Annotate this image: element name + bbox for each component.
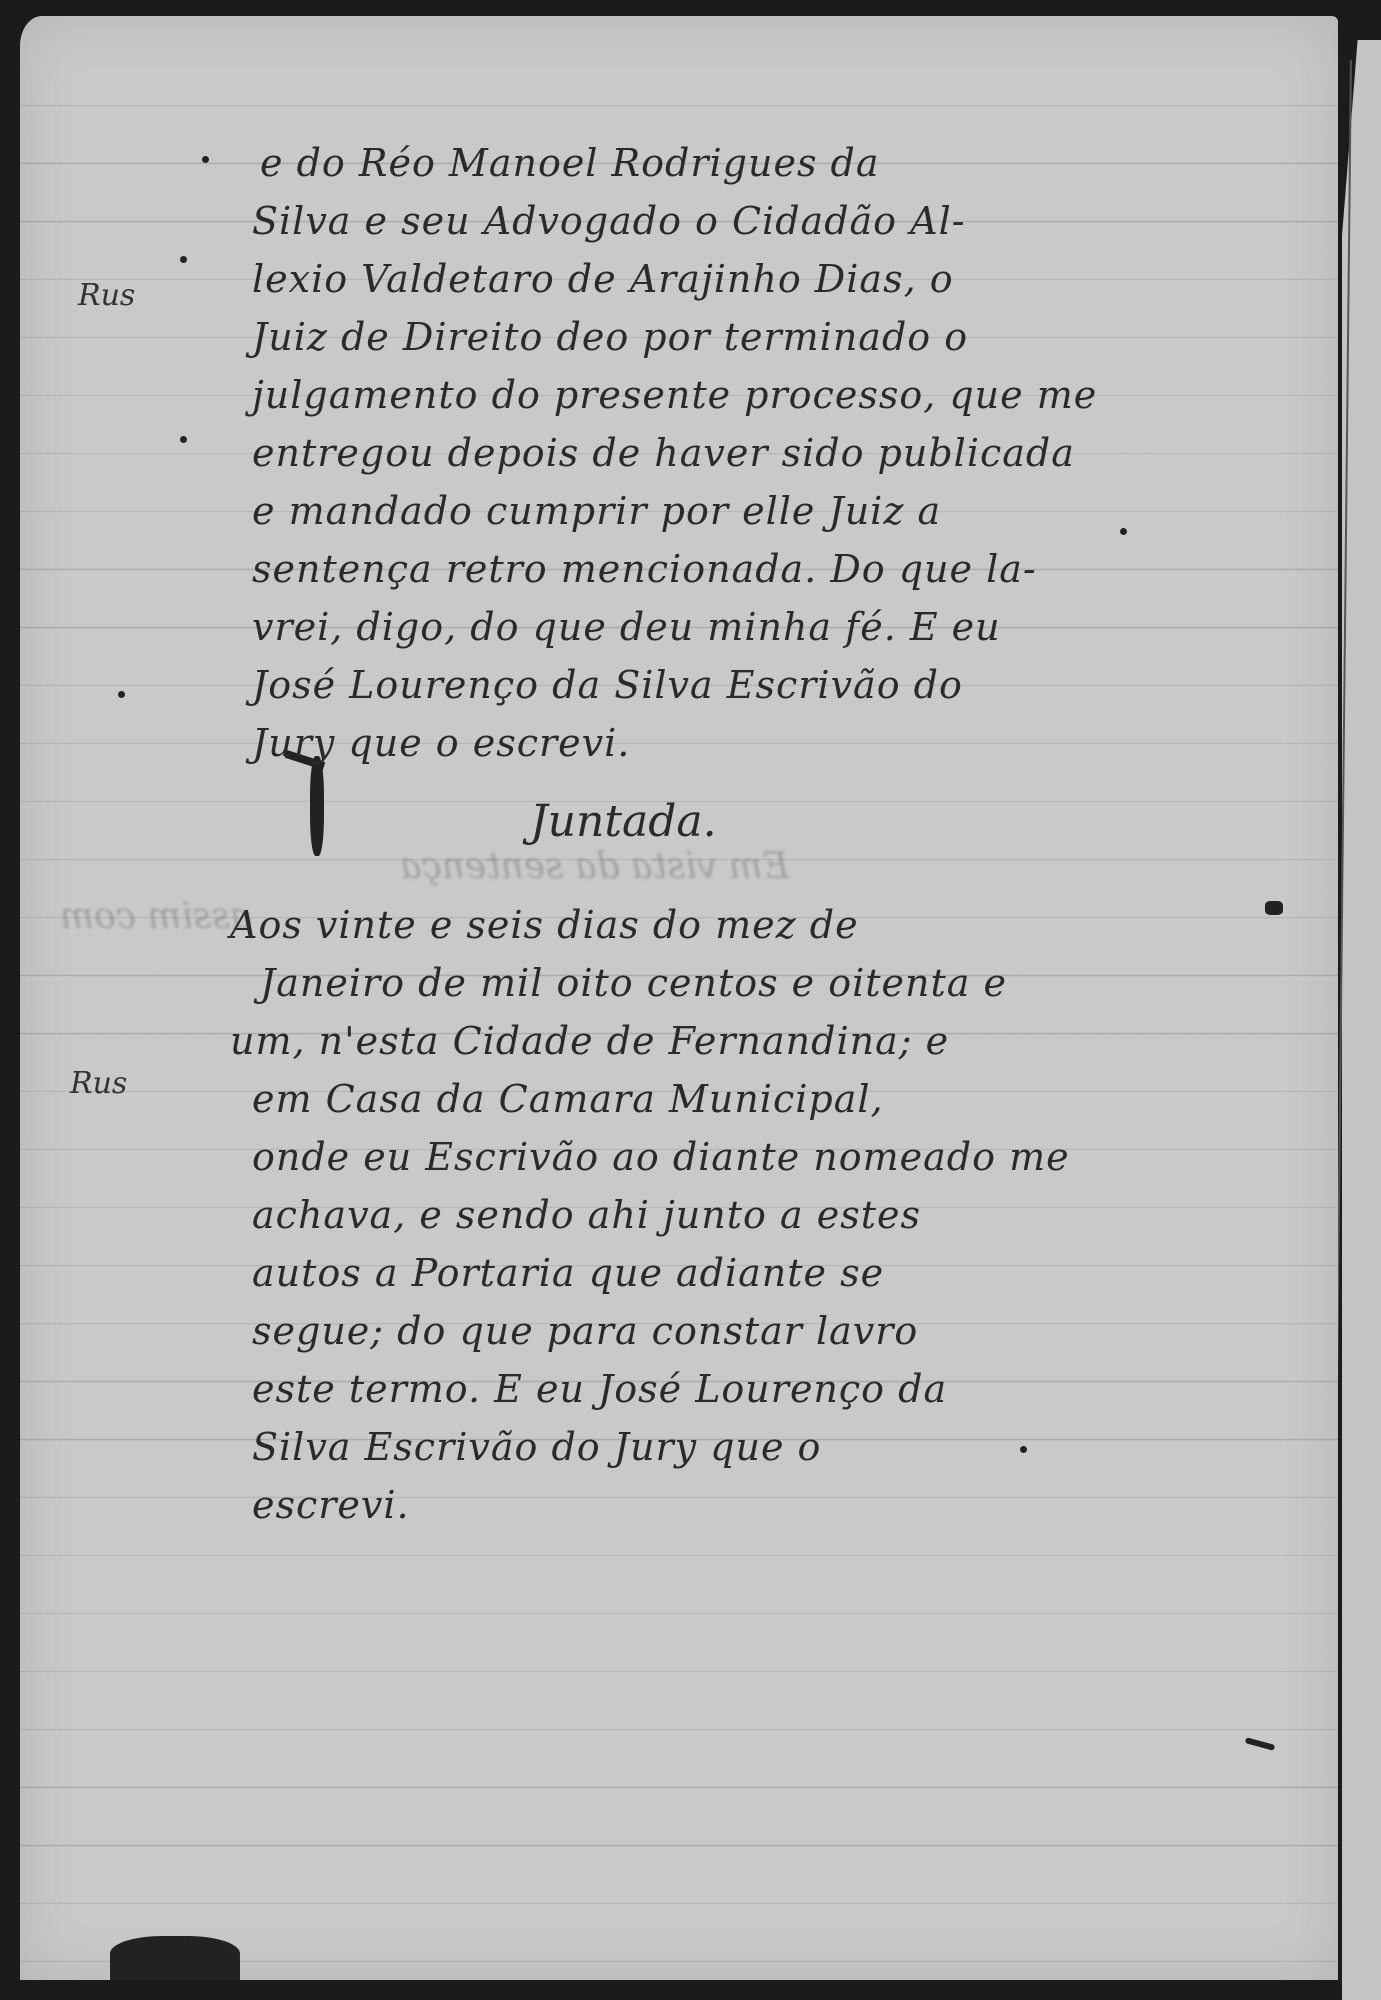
text-line: entregou depois de haver sido publicada bbox=[252, 424, 1097, 482]
paper-page: Em vista da sentença assim com Rus Rus e… bbox=[20, 16, 1338, 1980]
bleed-through-text: assim com bbox=[60, 896, 251, 937]
text-line: e mandado cumprir por elle Juiz a bbox=[252, 482, 1097, 540]
text-line: José Lourenço da Silva Escrivão do bbox=[252, 656, 1097, 714]
paper-damage bbox=[110, 1936, 240, 1980]
text-line: e do Réo Manoel Rodrigues da bbox=[252, 134, 1097, 192]
text-line: lexio Valdetaro de Arajinho Dias, o bbox=[252, 250, 1097, 308]
text-line: Aos vinte e seis dias do mez de bbox=[230, 896, 1070, 954]
ink-dot bbox=[180, 436, 187, 443]
text-line: Janeiro de mil oito centos e oitenta e bbox=[230, 954, 1070, 1012]
text-line: Juiz de Direito deo por terminado o bbox=[252, 308, 1097, 366]
ink-blot bbox=[1265, 901, 1283, 915]
text-line: um, n'esta Cidade de Fernandina; e bbox=[230, 1012, 1070, 1070]
text-line: Silva e seu Advogado o Cidadão Al- bbox=[252, 192, 1097, 250]
text-line: julgamento do presente processo, que me bbox=[252, 366, 1097, 424]
margin-note: Rus bbox=[70, 1066, 127, 1101]
document-scan: Em vista da sentença assim com Rus Rus e… bbox=[0, 0, 1381, 2000]
record-section-2: Aos vinte e seis dias do mez de Janeiro … bbox=[230, 896, 1070, 1534]
ink-dot bbox=[180, 256, 187, 263]
record-section-1: e do Réo Manoel Rodrigues da Silva e seu… bbox=[252, 134, 1097, 772]
ink-mark bbox=[1245, 1737, 1276, 1751]
text-line: vrei, digo, do que deu minha fé. E eu bbox=[252, 598, 1097, 656]
ink-dot bbox=[1120, 528, 1127, 535]
juntada-heading: Juntada. bbox=[530, 796, 717, 847]
ink-dot bbox=[202, 156, 209, 163]
text-line: autos a Portaria que adiante se bbox=[230, 1244, 1070, 1302]
text-line: Jury que o escrevi. bbox=[252, 714, 1097, 772]
text-line: onde eu Escrivão ao diante nomeado me bbox=[230, 1128, 1070, 1186]
ink-dot bbox=[118, 691, 125, 698]
bleed-through-text: Em vista da sentença bbox=[400, 846, 789, 887]
text-line: achava, e sendo ahi junto a estes bbox=[230, 1186, 1070, 1244]
text-line: Silva Escrivão do Jury que o bbox=[230, 1418, 1070, 1476]
text-line: sentença retro mencionada. Do que la- bbox=[252, 540, 1097, 598]
text-line: este termo. E eu José Lourenço da bbox=[230, 1360, 1070, 1418]
text-line: escrevi. bbox=[230, 1476, 1070, 1534]
text-line: em Casa da Camara Municipal, bbox=[230, 1070, 1070, 1128]
text-line: segue; do que para constar lavro bbox=[230, 1302, 1070, 1360]
margin-note: Rus bbox=[78, 278, 135, 313]
